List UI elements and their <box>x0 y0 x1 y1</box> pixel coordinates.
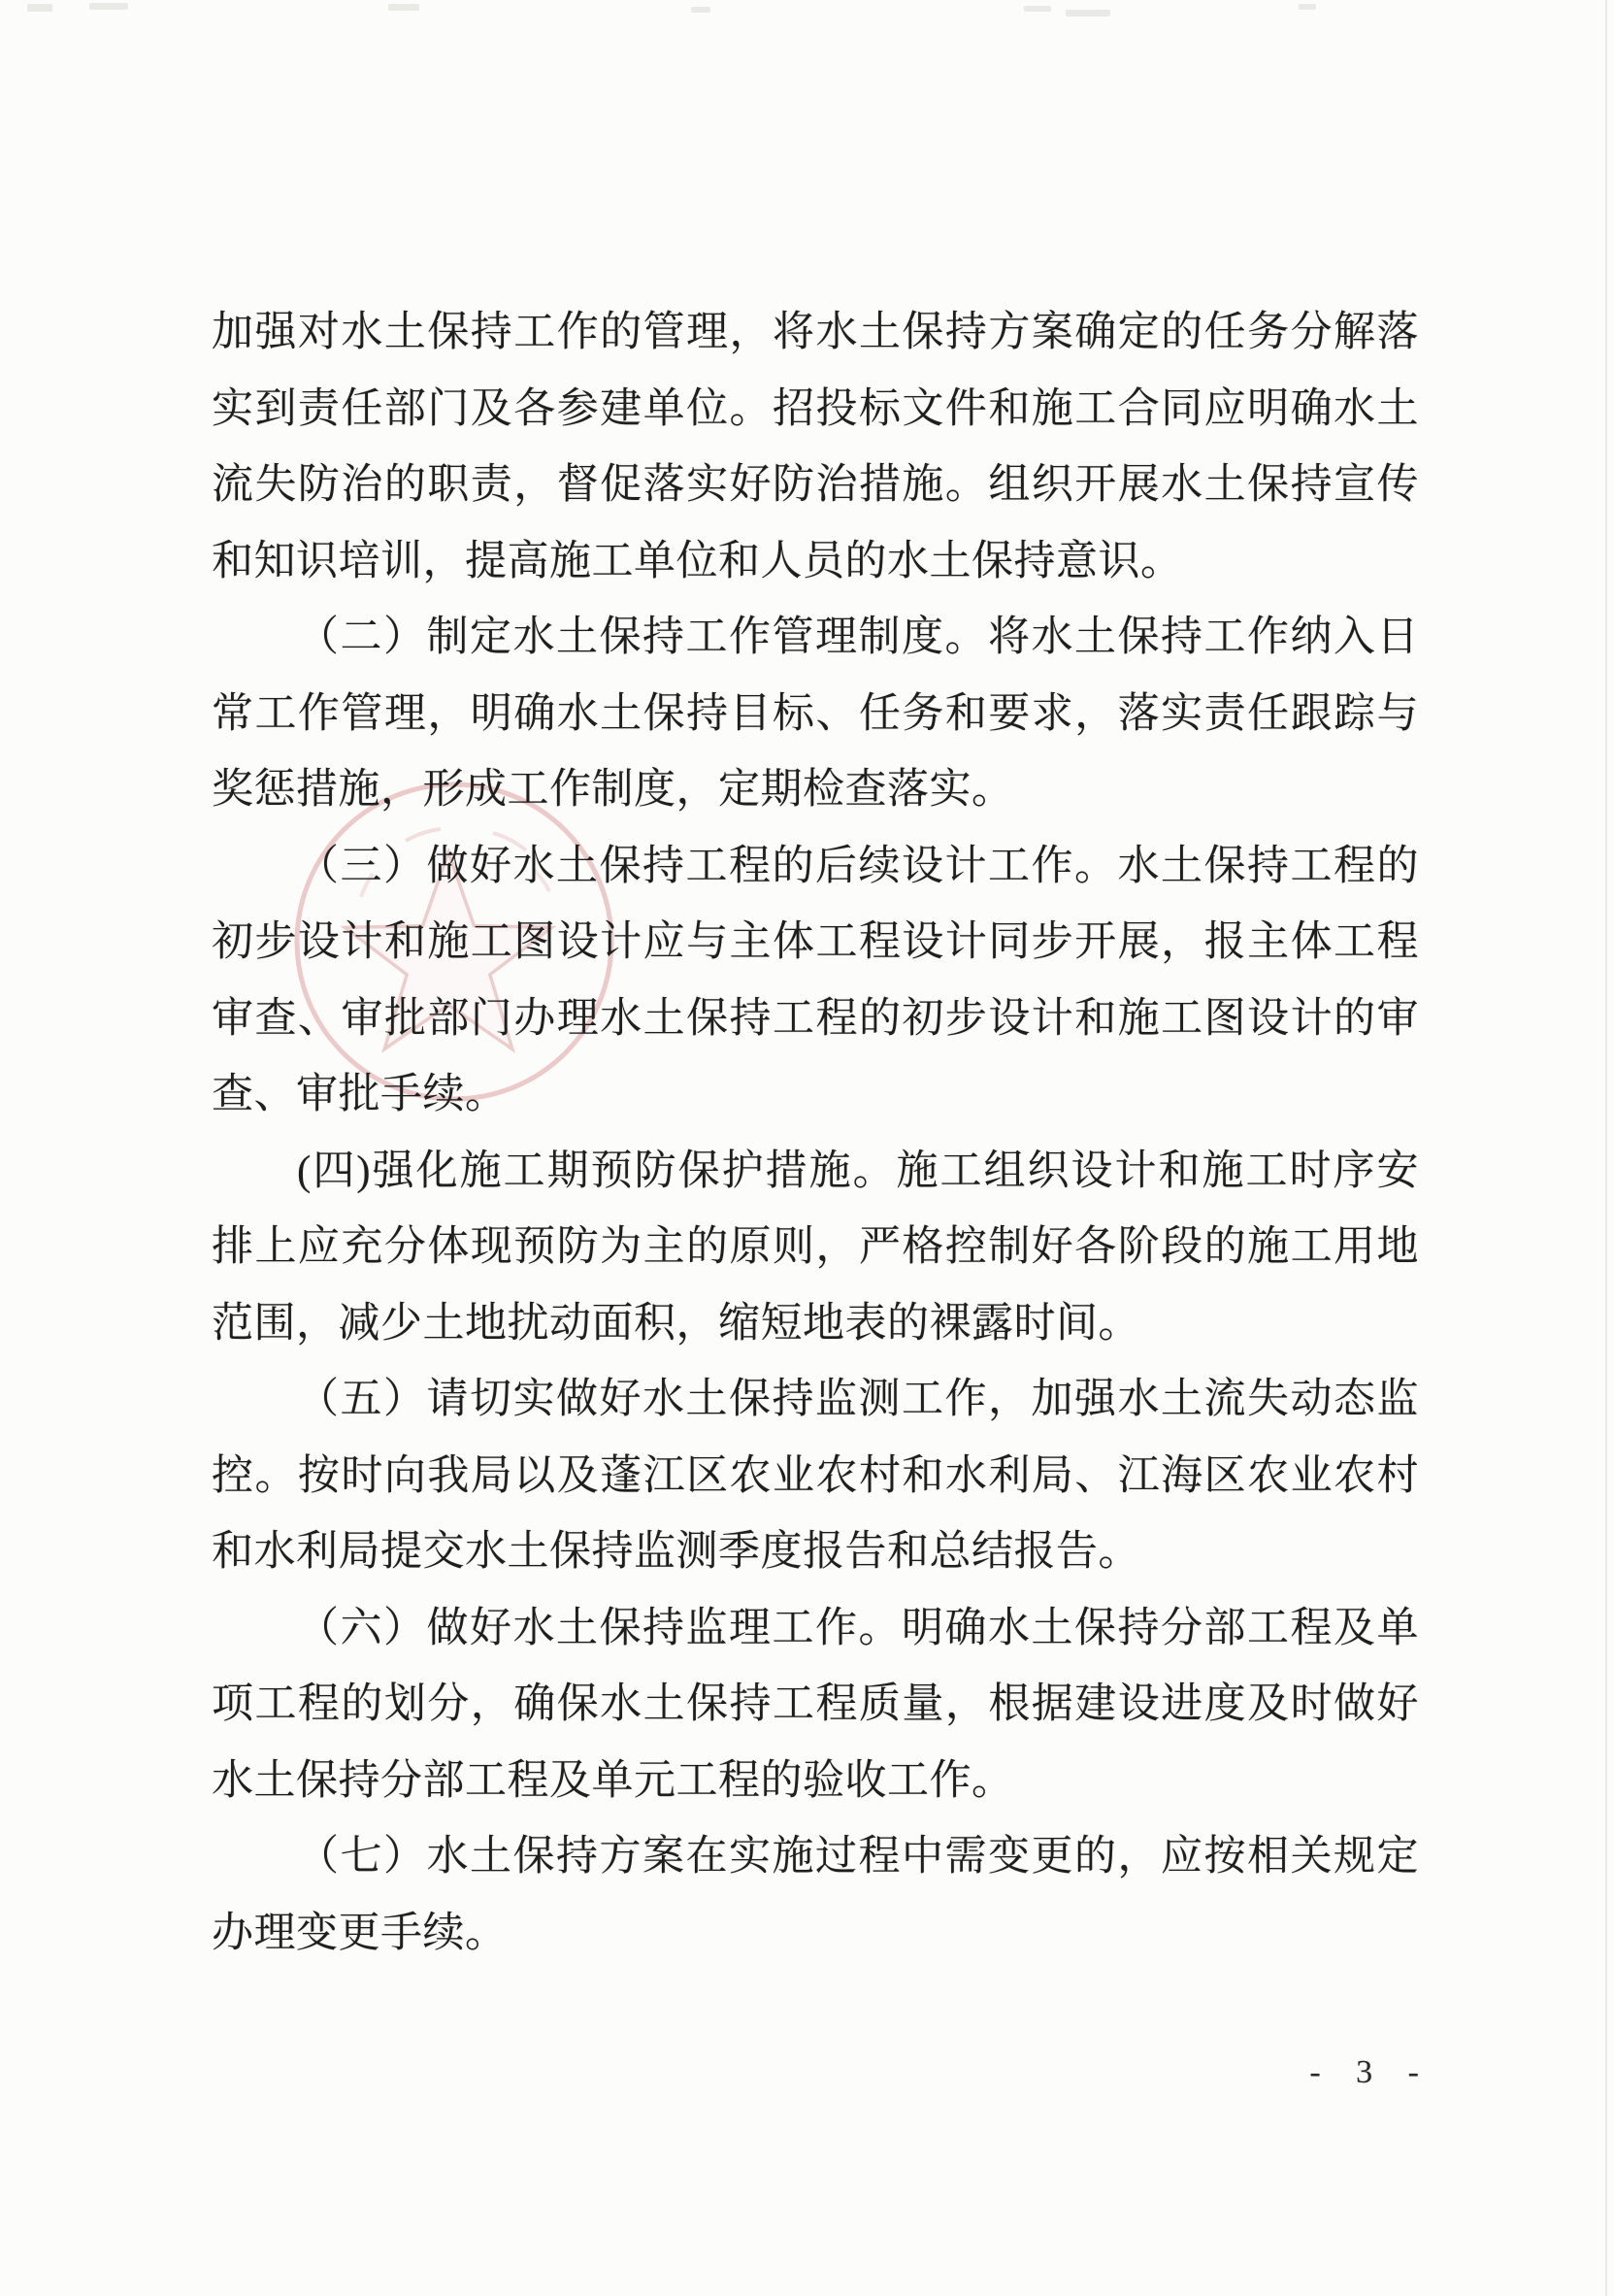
scan-artifact <box>27 4 52 12</box>
scan-artifact <box>388 4 419 11</box>
text-line: 审查、审批部门办理水土保持工程的初步设计和施工图设计的审 <box>212 982 1419 1058</box>
text-line: 范围，减少土地扰动面积，缩短地表的裸露时间。 <box>212 1286 1419 1363</box>
text-line: （二）制定水土保持工作管理制度。将水土保持工作纳入日 <box>212 600 1419 677</box>
document-text: 加强对水土保持工作的管理，将水土保持方案确定的任务分解落实到责任部门及各参建单位… <box>212 295 1419 1972</box>
text-line: 加强对水土保持工作的管理，将水土保持方案确定的任务分解落 <box>212 295 1419 372</box>
text-line: 项工程的划分，确保水土保持工程质量，根据建设进度及时做好 <box>212 1667 1419 1744</box>
text-line: （三）做好水土保持工程的后续设计工作。水土保持工程的 <box>212 829 1419 906</box>
text-line: 排上应充分体现预防为主的原则，严格控制好各阶段的施工用地 <box>212 1210 1419 1286</box>
text-line: 初步设计和施工图设计应与主体工程设计同步开展，报主体工程 <box>212 905 1419 982</box>
page-number: - 3 - <box>1309 2054 1427 2091</box>
scan-artifact <box>1024 6 1051 12</box>
text-line: 和水利局提交水土保持监测季度报告和总结报告。 <box>212 1514 1419 1591</box>
text-line: 查、审批手续。 <box>212 1057 1419 1134</box>
text-line: （六）做好水土保持监理工作。明确水土保持分部工程及单 <box>212 1591 1419 1668</box>
text-line: 流失防治的职责，督促落实好防治措施。组织开展水土保持宣传 <box>212 448 1419 524</box>
text-line: 常工作管理，明确水土保持目标、任务和要求，落实责任跟踪与 <box>212 677 1419 753</box>
scan-edge-line <box>1605 0 1607 2296</box>
text-line: 水土保持分部工程及单元工程的验收工作。 <box>212 1744 1419 1820</box>
scan-artifact <box>89 3 128 10</box>
text-line: 实到责任部门及各参建单位。招投标文件和施工合同应明确水土 <box>212 372 1419 449</box>
text-line: 和知识培训，提高施工单位和人员的水土保持意识。 <box>212 524 1419 601</box>
text-line: （五）请切实做好水土保持监测工作，加强水土流失动态监 <box>212 1362 1419 1439</box>
scan-artifact <box>691 7 710 13</box>
text-line: （七）水土保持方案在实施过程中需变更的，应按相关规定 <box>212 1819 1419 1896</box>
scan-artifact <box>1066 10 1110 17</box>
text-line: 奖惩措施，形成工作制度，定期检查落实。 <box>212 752 1419 829</box>
text-line: 办理变更手续。 <box>212 1896 1419 1973</box>
scan-artifact <box>1299 4 1316 10</box>
text-line: 控。按时向我局以及蓬江区农业农村和水利局、江海区农业农村 <box>212 1439 1419 1515</box>
scanned-document-page: 加强对水土保持工作的管理，将水土保持方案确定的任务分解落实到责任部门及各参建单位… <box>0 0 1614 2296</box>
text-line: (四)强化施工期预防保护措施。施工组织设计和施工时序安 <box>212 1134 1419 1211</box>
